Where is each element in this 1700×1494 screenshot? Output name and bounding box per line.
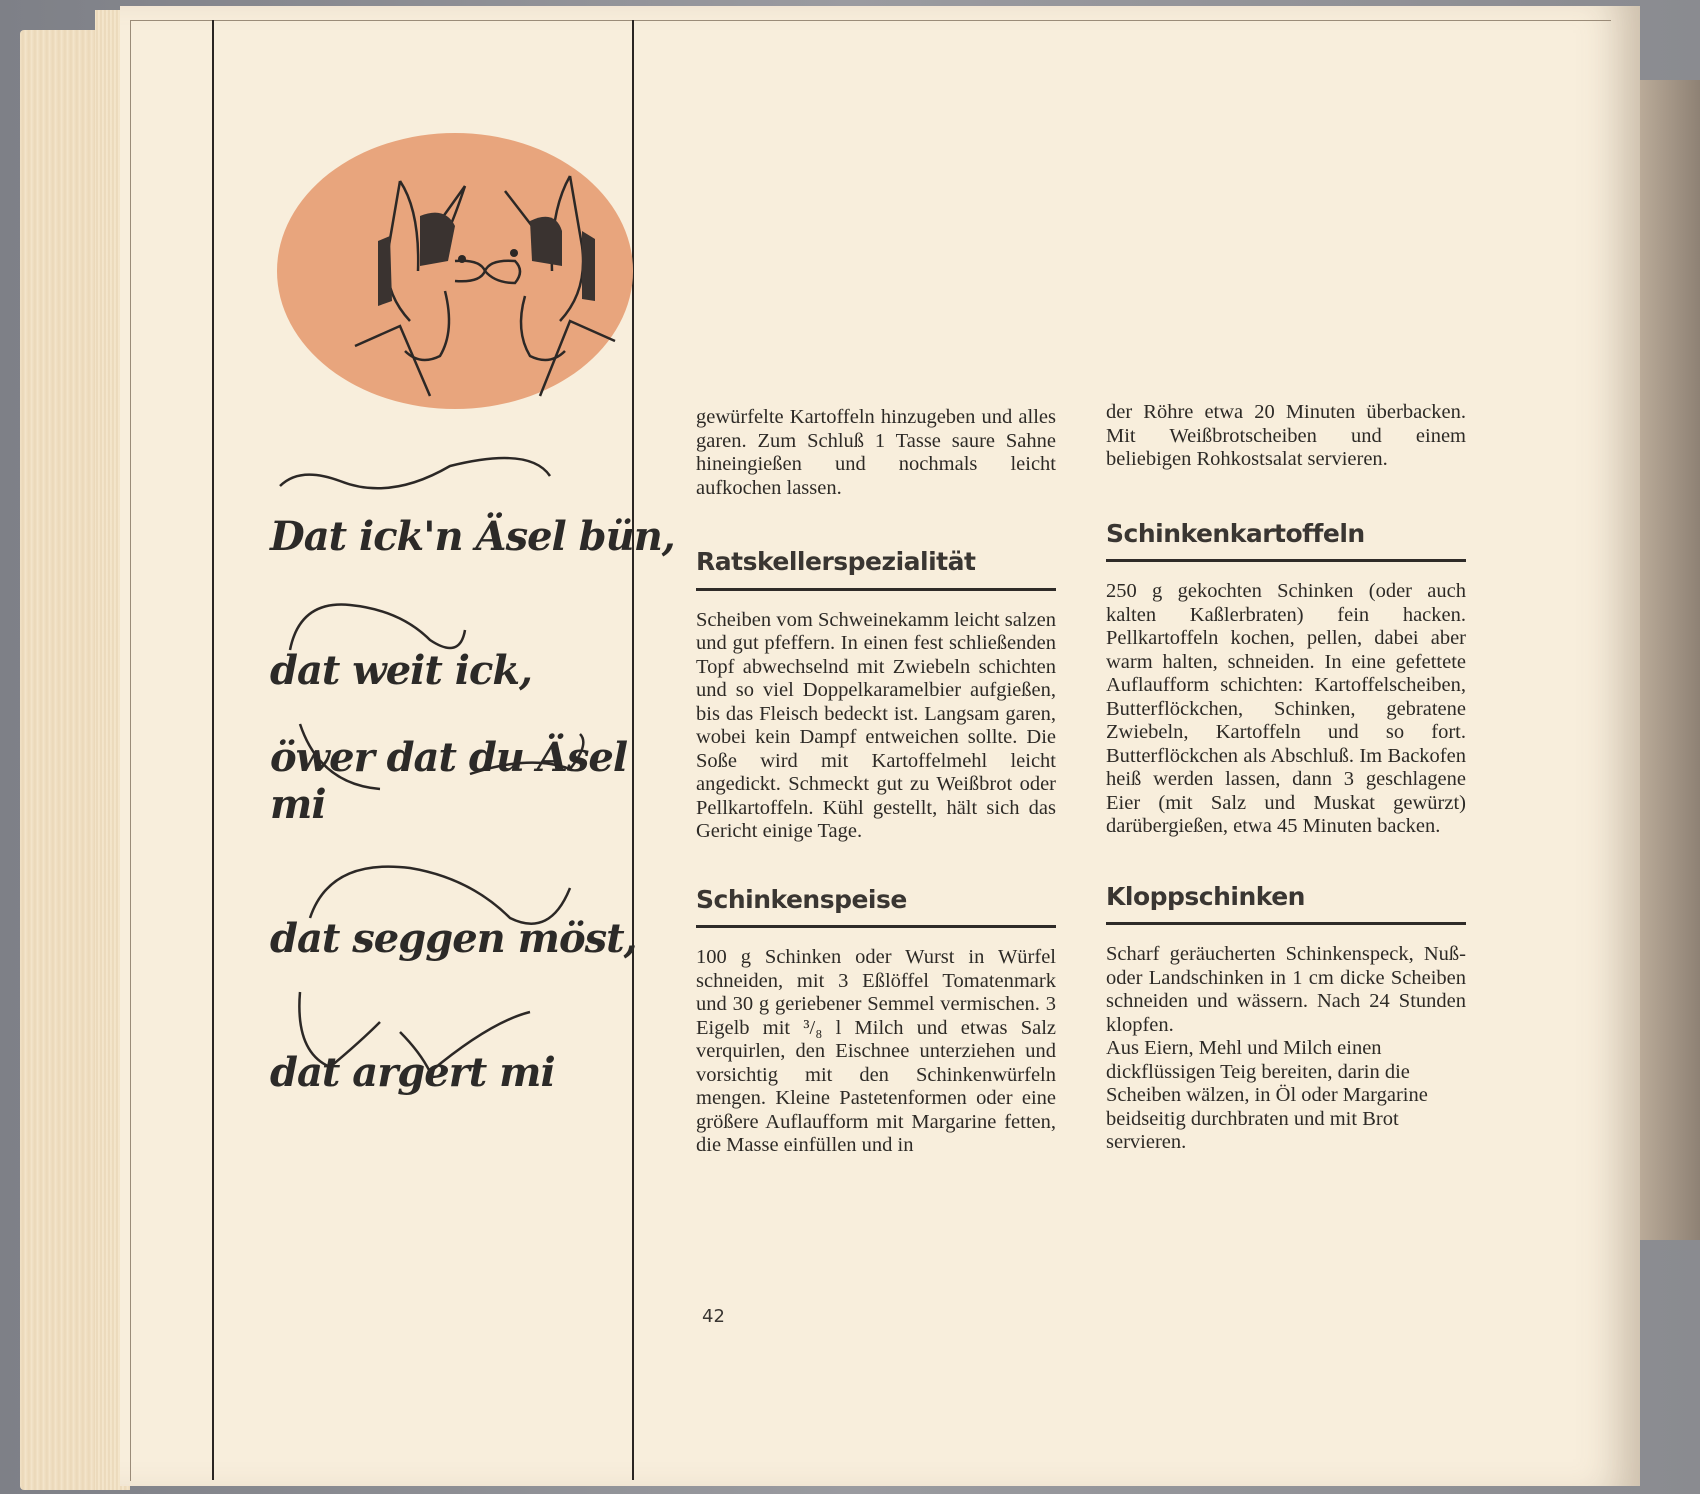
title-rule (696, 925, 1056, 928)
recipe-text: Aus Eiern, Mehl und Milch einen dickflüs… (1106, 1037, 1466, 1155)
recipe-title: Schinkenkartoffeln (1106, 522, 1466, 546)
continued-text: der Röhre etwa 20 Minuten überbacken. Mi… (1106, 401, 1466, 472)
recipe-text: 250 g gekochten Schinken (oder auch kalt… (1106, 580, 1466, 839)
poem-line: dat argert mi (270, 982, 690, 1116)
poem-line: öwer dat du Äsel mi (270, 714, 690, 848)
column-rule-left (212, 20, 214, 1480)
poem-line: dat weit ick, (270, 580, 690, 714)
recipe-text: 100 g Schinken oder Wurst in Würfel schn… (696, 946, 1056, 1158)
title-rule (1106, 922, 1466, 925)
recipe-title: Ratskellerspezialität (696, 550, 1056, 574)
poem-line: dat seggen möst, (270, 848, 690, 982)
title-rule (696, 588, 1056, 591)
book-page: Dat ick'n Äsel bün, dat weit ick, öwer d… (120, 6, 1640, 1486)
recipe-title: Schinkenspeise (696, 888, 1056, 912)
recipe-title: Kloppschinken (1106, 885, 1466, 909)
poem-line: Dat ick'n Äsel bün, (270, 446, 690, 580)
recipe-text: Scharf geräucherten Schinkenspeck, Nuß- … (1106, 943, 1466, 1037)
continued-text: gewürfelte Kartoffeln hinzugeben und all… (696, 406, 1056, 500)
recipe-column-left: gewürfelte Kartoffeln hinzugeben und all… (696, 406, 1056, 1158)
recipe-column-right: der Röhre etwa 20 Minuten überbacken. Mi… (1106, 401, 1466, 1155)
donkey-men-illustration (270, 131, 650, 431)
page-number: 42 (702, 1306, 725, 1327)
dialect-poem: Dat ick'n Äsel bün, dat weit ick, öwer d… (270, 446, 690, 1116)
recipe-text: Scheiben vom Schweinekamm leicht salzen … (696, 609, 1056, 844)
title-rule (1106, 559, 1466, 562)
